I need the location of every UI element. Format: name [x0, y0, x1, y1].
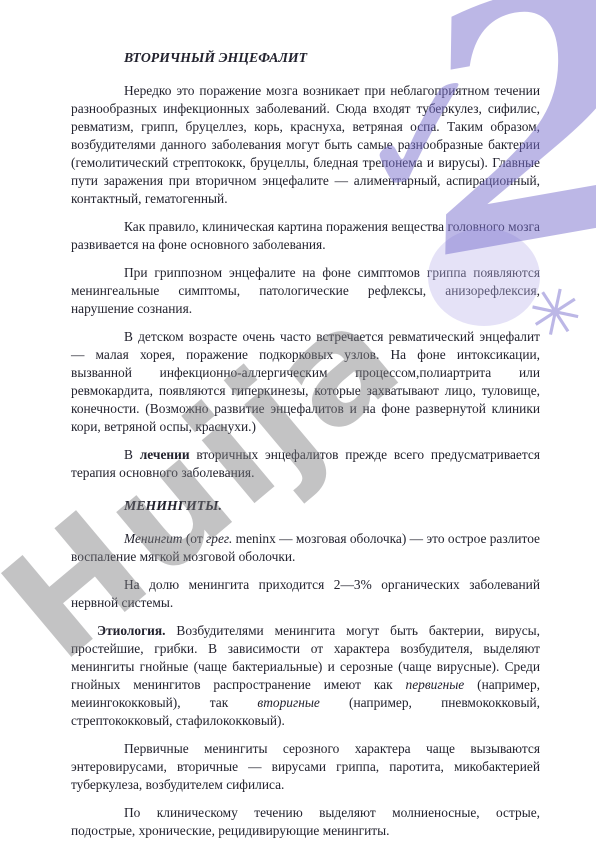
paragraph-encephalitis-overview: Нередко это поражение мозга возникает пр…: [71, 82, 540, 208]
paragraph-clinical-course: По клиническому течению выделяют молниен…: [71, 804, 540, 840]
paragraph-meningitis-share: На долю менингита приходится 2—3% органи…: [71, 576, 540, 612]
paragraph-clinical-picture: Как правило, клиническая картина поражен…: [71, 218, 540, 254]
paragraph-etiology: Этиология. Возбудителями менингита могут…: [71, 622, 540, 730]
heading-meningitis: МЕНИНГИТЫ.: [124, 497, 540, 515]
paragraph-meningitis-definition: Менингит (от грег. meninx — мозговая обо…: [71, 530, 540, 566]
paragraph-rheumatic-encephalitis: В детском возрасте очень часто встречает…: [71, 328, 540, 436]
paragraph-treatment: В лечении вторичных энцефалитов прежде в…: [71, 446, 540, 482]
page-content: ВТОРИЧНЫЙ ЭНЦЕФАЛИТ Нередко это поражени…: [71, 49, 540, 842]
paragraph-influenza-encephalitis: При гриппозном энцефалите на фоне симпто…: [71, 264, 540, 318]
paragraph-primary-meningitis: Первичные менингиты серозного характера …: [71, 740, 540, 794]
heading-secondary-encephalitis: ВТОРИЧНЫЙ ЭНЦЕФАЛИТ: [124, 49, 540, 67]
document-page: ВТОРИЧНЫЙ ЭНЦЕФАЛИТ Нередко это поражени…: [0, 0, 596, 842]
